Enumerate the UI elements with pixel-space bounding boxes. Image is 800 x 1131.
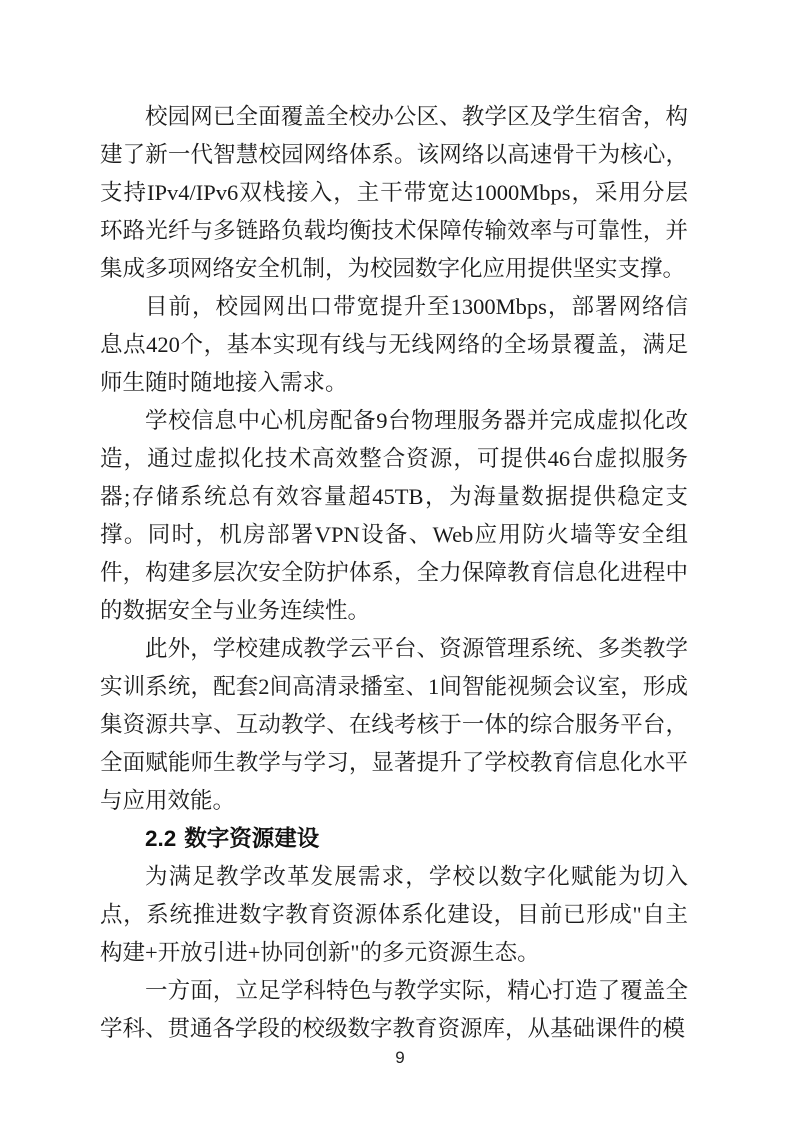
- body-paragraph: 学校信息中心机房配备9台物理服务器并完成虚拟化改造，通过虚拟化技术高效整合资源，…: [100, 402, 688, 630]
- section-heading-title: 数字资源建设: [184, 826, 319, 851]
- body-paragraph: 校园网已全面覆盖全校办公区、教学区及学生宿舍，构建了新一代智慧校园网络体系。该网…: [100, 98, 688, 288]
- document-page: 校园网已全面覆盖全校办公区、教学区及学生宿舍，构建了新一代智慧校园网络体系。该网…: [0, 0, 800, 1131]
- body-paragraph: 目前，校园网出口带宽提升至1300Mbps，部署网络信息点420个，基本实现有线…: [100, 288, 688, 402]
- section-heading: 2.2数字资源建设: [100, 820, 688, 858]
- section-heading-number: 2.2: [145, 826, 176, 851]
- body-paragraph: 此外，学校建成教学云平台、资源管理系统、多类教学实训系统，配套2间高清录播室、1…: [100, 630, 688, 820]
- body-paragraph: 为满足教学改革发展需求，学校以数字化赋能为切入点，系统推进数字教育资源体系化建设…: [100, 858, 688, 972]
- page-number: 9: [0, 1048, 800, 1068]
- body-paragraph: 一方面，立足学科特色与教学实际，精心打造了覆盖全学科、贯通各学段的校级数字教育资…: [100, 972, 688, 1048]
- document-content: 校园网已全面覆盖全校办公区、教学区及学生宿舍，构建了新一代智慧校园网络体系。该网…: [100, 0, 688, 1048]
